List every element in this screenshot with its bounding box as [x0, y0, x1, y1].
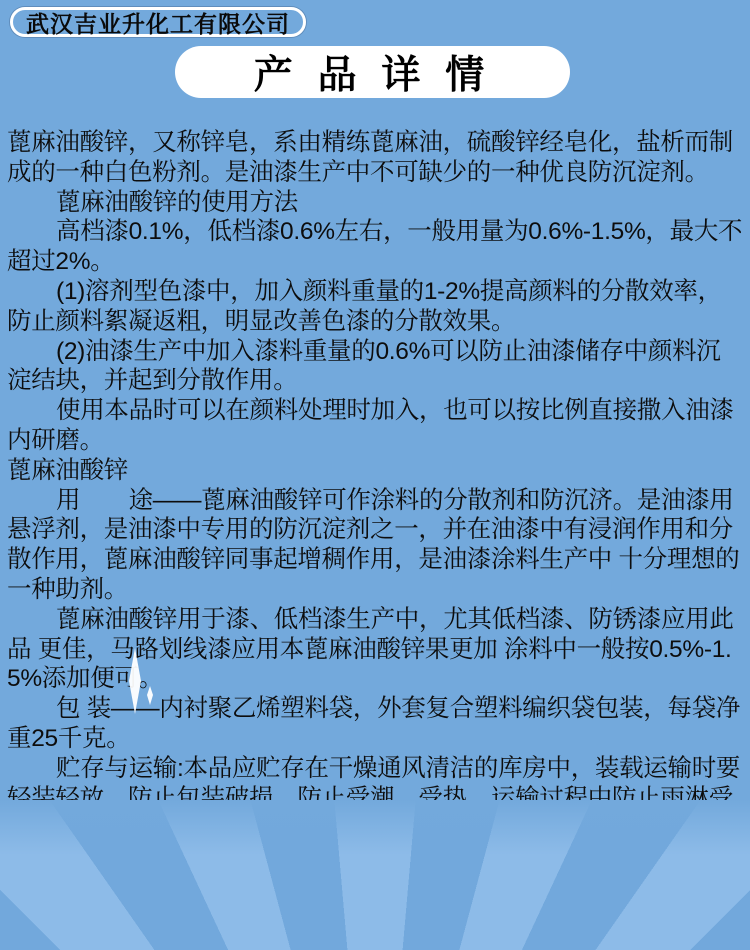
company-badge: 武汉吉业升化工有限公司: [10, 7, 306, 37]
paragraph: 蓖麻油酸锌的使用方法: [7, 188, 744, 218]
paragraph: 包 装——内衬聚乙烯塑料袋，外套复合塑料编织袋包装，每袋净重25千克。: [7, 694, 744, 754]
sunburst-fade: [0, 800, 750, 855]
paragraph: 使用本品时可以在颜料处理时加入，也可以按比例直接撒入油漆内研磨。: [7, 396, 744, 456]
title-banner: 产 品 详 情: [175, 46, 570, 98]
paragraph: 用 途——蓖麻油酸锌可作涂料的分散剂和防沉济。是油漆用悬浮剂，是油漆中专用的防沉…: [7, 486, 744, 605]
company-name: 武汉吉业升化工有限公司: [26, 6, 290, 39]
paragraph: (2)油漆生产中加入漆料重量的0.6%可以防止油漆储存中颜料沉淀结块，并起到分散…: [7, 337, 744, 397]
product-description: 蓖麻油酸锌，又称锌皂，系由精练蓖麻油，硫酸锌经皂化，盐析而制成的一种白色粉剂。是…: [7, 128, 744, 843]
paragraph: (1)溶剂型色漆中，加入颜料重量的1-2%提高颜料的分散效率，防止颜料絮凝返粗，…: [7, 277, 744, 337]
product-detail-page: 武汉吉业升化工有限公司 产 品 详 情 蓖麻油酸锌，又称锌皂，系由精练蓖麻油，硫…: [0, 0, 750, 950]
paragraph: 蓖麻油酸锌: [7, 456, 744, 486]
page-title: 产 品 详 情: [254, 44, 492, 100]
paragraph: 蓖麻油酸锌，又称锌皂，系由精练蓖麻油，硫酸锌经皂化，盐析而制成的一种白色粉剂。是…: [7, 128, 744, 188]
paragraph: 蓖麻油酸锌用于漆、低档漆生产中，尤其低档漆、防锈漆应用此品 更佳，马路划线漆应用…: [7, 605, 744, 694]
paragraph: 高档漆0.1%，低档漆0.6%左右，一般用量为0.6%-1.5%，最大不超过2%…: [7, 217, 744, 277]
